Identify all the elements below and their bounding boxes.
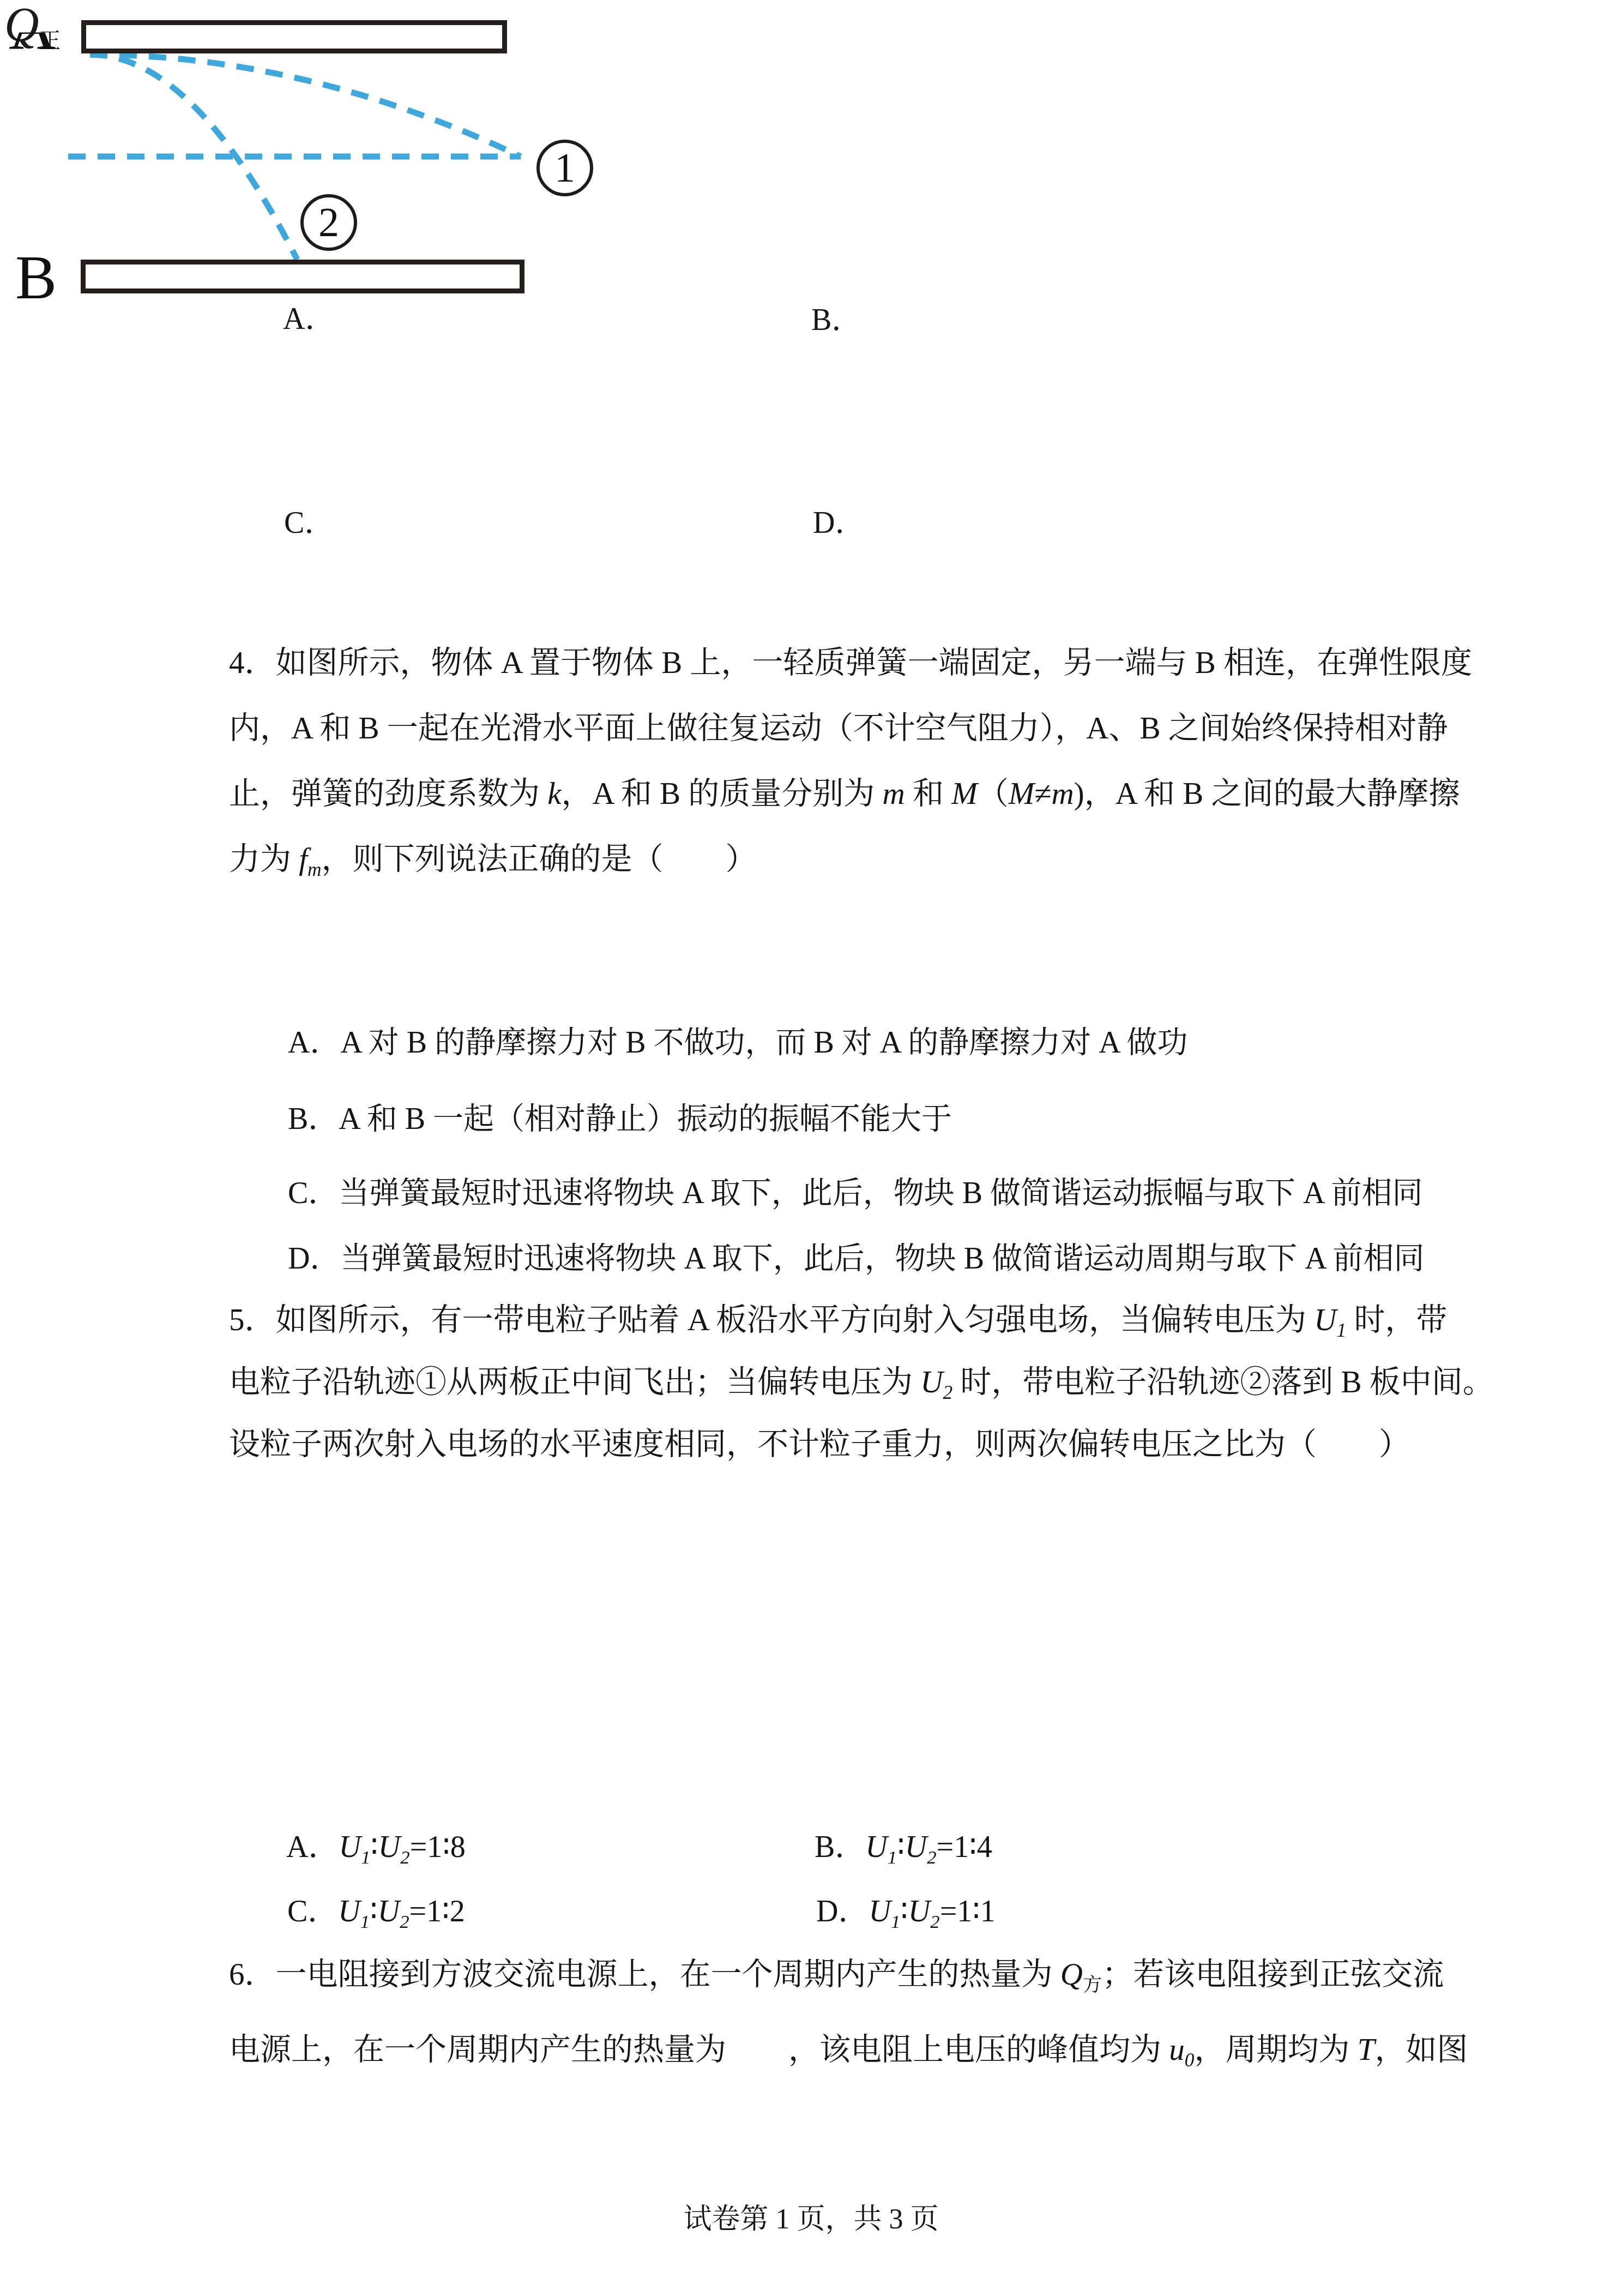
figure-option-b-label: B．	[811, 296, 862, 339]
question-5-option-c: C．U1∶U2=1∶2	[287, 1894, 465, 1933]
question-4-option-b: B．A 和 B 一起（相对静止）振动的振幅不能大于	[288, 1102, 952, 1137]
question-4-line: 4．如图所示，物体 A 置于物体 B 上，一轻质弹簧一端固定，另一端与 B 相连…	[229, 645, 1472, 681]
question-4-option-c: C．当弹簧最短时迅速将物块 A 取下，此后，物块 B 做简谐运动振幅与取下 A …	[288, 1176, 1422, 1211]
exam-page: Q正 A B 1 2 A． B． C． D． 4．如图所示，物体 A 置于物体 …	[0, 0, 1622, 2296]
figure-option-d-label: D．	[813, 498, 865, 542]
question-4-option-d: D．当弹簧最短时迅速将物块 A 取下，此后，物块 B 做简谐运动周期与取下 A …	[288, 1241, 1425, 1276]
page-footer: 试卷第 1 页，共 3 页	[0, 2196, 1622, 2237]
question-4-line: 内，A 和 B 一起在光滑水平面上做往复运动（不计空气阻力），A、B 之间始终保…	[229, 711, 1448, 747]
question-4-option-a: A．A 对 B 的静摩擦力对 B 不做功，而 B 对 A 的静摩擦力对 A 做功	[288, 1025, 1188, 1060]
question-5-line: 设粒子两次射入电场的水平速度相同，不计粒子重力，则两次偏转电压之比为（ ）	[229, 1427, 1410, 1463]
question-5-option-d: D．U1∶U2=1∶1	[816, 1894, 996, 1933]
question-6-line: 6．一电阻接到方波交流电源上，在一个周期内产生的热量为 Q方；若该电阻接到正弦交…	[229, 1957, 1444, 1997]
trajectory-1-marker: 1	[536, 140, 593, 196]
question-6-line: 电源上，在一个周期内产生的热量为 ，该电阻上电压的峰值均为 u0，周期均为 T，…	[229, 2032, 1468, 2072]
question-5-line: 电粒子沿轨迹①从两板正中间飞出；当偏转电压为 U2 时，带电粒子沿轨迹②落到 B…	[229, 1365, 1494, 1404]
question-5-line: 5．如图所示，有一带电粒子贴着 A 板沿水平方向射入匀强电场，当偏转电压为 U1…	[229, 1302, 1447, 1342]
plate-b	[81, 260, 524, 293]
question-5-option-a: A．U1∶U2=1∶8	[286, 1830, 466, 1868]
question-5-option-b: B．U1∶U2=1∶4	[815, 1830, 992, 1868]
question-4-line: 止，弹簧的劲度系数为 k，A 和 B 的质量分别为 m 和 M（M≠m)，A 和…	[229, 776, 1460, 812]
trajectory-2-marker: 2	[300, 194, 357, 251]
figure-option-c-label: C．	[284, 498, 335, 542]
question-4-line: 力为 fm，则下列说法正确的是（ ）	[229, 842, 757, 881]
plate-a	[81, 20, 507, 53]
figure-option-a-label: A．	[283, 294, 335, 338]
deflection-plates-figure: Q正 A B 1 2	[0, 0, 654, 338]
plate-b-label: B	[15, 247, 57, 309]
trajectory-1-path	[90, 55, 521, 157]
